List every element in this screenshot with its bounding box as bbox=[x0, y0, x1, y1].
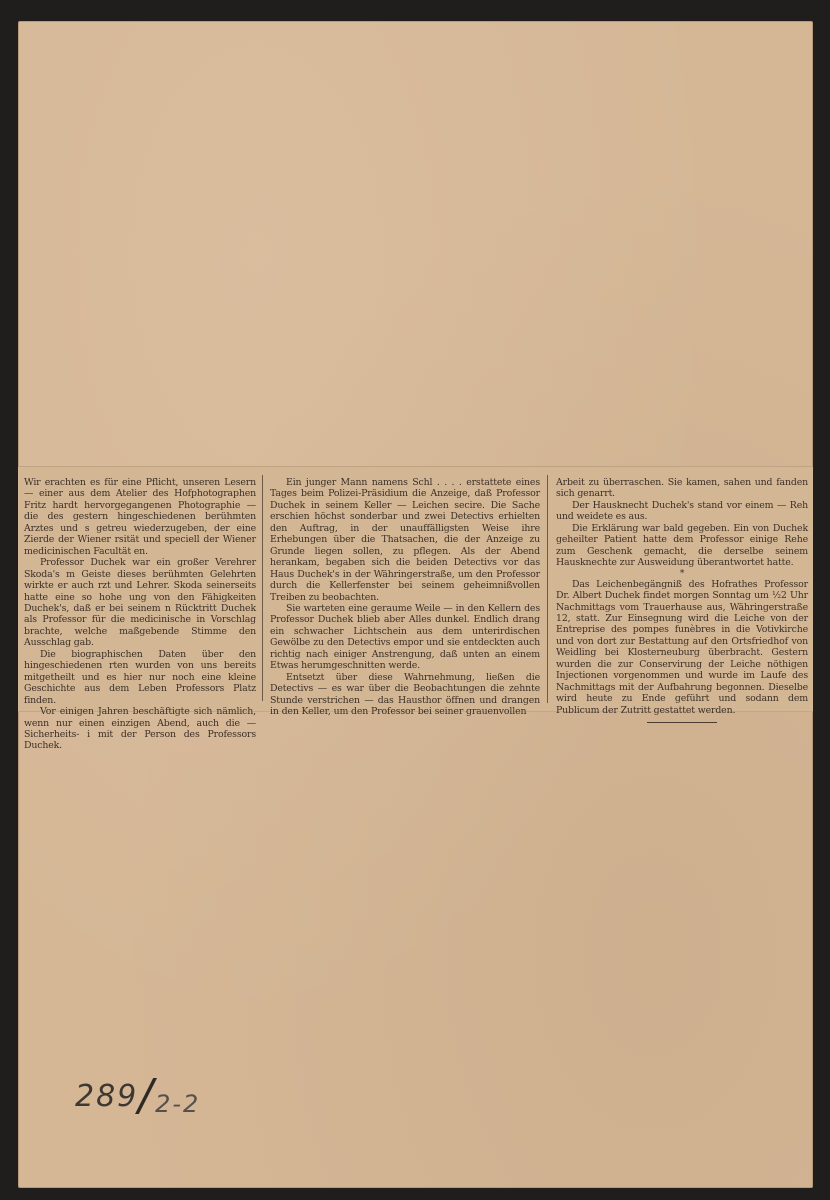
archive-slash: / bbox=[138, 1070, 155, 1121]
paragraph: Die Erklärung war bald gegeben. Ein von … bbox=[556, 523, 808, 569]
paragraph: Ein junger Mann namens Schl . . . . erst… bbox=[270, 477, 540, 603]
paragraph: Wir erachten es für eine Pflicht, unsere… bbox=[24, 477, 256, 557]
handwritten-archive-number: 289/2-2 bbox=[75, 1066, 200, 1118]
end-rule bbox=[647, 722, 717, 723]
column-divider bbox=[547, 475, 548, 703]
paragraph: Professor Duchek war ein großer Verehrer… bbox=[24, 557, 256, 649]
paragraph: Der Hausknecht Duchek's stand vor einem … bbox=[556, 500, 808, 523]
paragraph: Arbeit zu überraschen. Sie kamen, sahen … bbox=[556, 477, 808, 500]
clipping-column-3: Arbeit zu überraschen. Sie kamen, sahen … bbox=[556, 477, 808, 723]
newspaper-clipping: Wir erachten es für eine Pflicht, unsere… bbox=[18, 466, 813, 712]
paragraph: Sie warteten eine geraume Weile — in den… bbox=[270, 603, 540, 672]
paragraph: Entsetzt über diese Wahrnehmung, ließen … bbox=[270, 672, 540, 718]
archive-suffix: 2-2 bbox=[155, 1090, 200, 1118]
clipping-column-1: Wir erachten es für eine Pflicht, unsere… bbox=[24, 477, 256, 752]
clipping-column-2: Ein junger Mann namens Schl . . . . erst… bbox=[270, 477, 540, 718]
section-separator-star: * bbox=[556, 569, 808, 579]
column-divider bbox=[262, 475, 263, 701]
paragraph: Vor einigen Jahren beschäftigte sich näm… bbox=[24, 706, 256, 752]
paragraph: Die biographischen Daten über den hinges… bbox=[24, 649, 256, 706]
archive-number: 289 bbox=[75, 1079, 138, 1114]
funeral-notice: Das Leichenbegängniß des Hofrathes Profe… bbox=[556, 579, 808, 716]
